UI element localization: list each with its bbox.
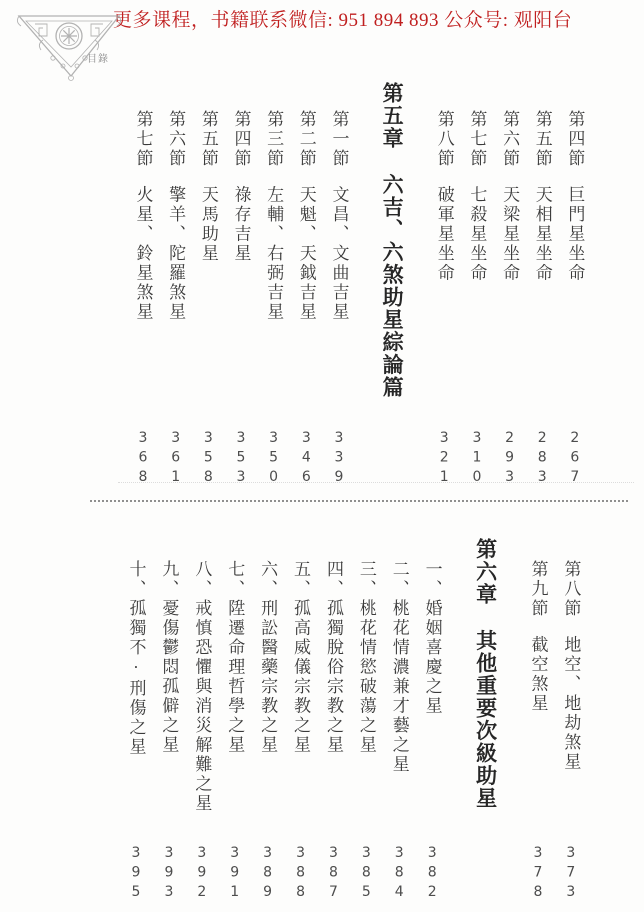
entry-title: 天馬助星 xyxy=(199,186,218,264)
entry-label: 第四節 xyxy=(565,110,584,169)
toc-entry: 第七節七殺星坐命310 xyxy=(461,110,493,488)
page-number: 339 xyxy=(332,430,346,489)
page-number: 350 xyxy=(267,430,281,489)
entry-text: 第五章六吉、六煞助星綜論篇 xyxy=(381,82,402,460)
scan-artifact-line xyxy=(118,482,634,483)
page-number: 382 xyxy=(425,845,439,904)
chapter-heading: 第六章其他重要次級助星 xyxy=(462,538,508,881)
toc-item: 八、戒慎恐懼與消災解難之星392 xyxy=(186,560,218,903)
page-number: 267 xyxy=(568,430,582,489)
corner-label: 目錄 xyxy=(87,50,109,65)
page-number: 384 xyxy=(392,845,406,904)
entry-label: 第六章 xyxy=(474,538,498,606)
page-number: 283 xyxy=(535,430,549,489)
toc-entry: 第六節擎羊、陀羅煞星361 xyxy=(160,110,192,488)
page-number: 395 xyxy=(129,845,143,904)
toc-item: 一、婚姻喜慶之星382 xyxy=(416,560,448,903)
entry-label: 第一節 xyxy=(329,110,348,169)
toc-entry: 第七節火星、鈴星煞星368 xyxy=(127,110,159,488)
page-number: 391 xyxy=(228,845,242,904)
entry-title: 六、刑訟醫藥宗教之星 xyxy=(258,560,277,755)
page-number: 358 xyxy=(201,430,215,489)
page-number: 389 xyxy=(261,845,275,904)
toc-entry: 第一節文昌、文曲吉星339 xyxy=(323,110,355,488)
entry-label: 第七節 xyxy=(467,110,486,169)
toc-item: 十、孤獨不·刑傷之星395 xyxy=(120,560,152,903)
toc-item: 六、刑訟醫藥宗教之星389 xyxy=(252,560,284,903)
page-number: 346 xyxy=(299,430,313,489)
page-number: 293 xyxy=(503,430,517,489)
entry-title: 三、桃花情慾破蕩之星 xyxy=(357,560,376,755)
entry-label: 第九節 xyxy=(528,560,547,619)
entry-title: 二、桃花情濃兼才藝之星 xyxy=(390,560,409,775)
toc-section-chapter-5: 第四節巨門星坐命267第五節天相星坐命283第六節天梁星坐命293第七節七殺星坐… xyxy=(127,110,591,488)
entry-title: 天魁、天鉞吉星 xyxy=(297,186,316,323)
page-separator-dotted-line xyxy=(90,500,628,502)
entry-label: 第八節 xyxy=(561,560,580,619)
entry-label: 第五節 xyxy=(199,110,218,169)
toc-section-chapter-6: 第八節地空、地劫煞星373第九節截空煞星378第六章其他重要次級助星一、婚姻喜慶… xyxy=(120,560,587,903)
page-number: 373 xyxy=(564,845,578,904)
page-number: 385 xyxy=(359,845,373,904)
publisher-seal-icon xyxy=(13,4,125,84)
entry-title: 八、戒慎恐懼與消災解難之星 xyxy=(192,560,211,814)
entry-title: 六吉、六煞助星綜論篇 xyxy=(380,174,404,399)
page-number: 353 xyxy=(234,430,248,489)
entry-title: 十、孤獨不·刑傷之星 xyxy=(127,560,146,757)
entry-title: 巨門星坐命 xyxy=(565,186,584,284)
entry-title: 天梁星坐命 xyxy=(500,186,519,284)
entry-title: 文昌、文曲吉星 xyxy=(329,186,348,323)
toc-entry: 第五節天馬助星358 xyxy=(192,110,224,488)
toc-entry: 第四節祿存吉星353 xyxy=(225,110,257,488)
entry-label: 第七節 xyxy=(134,110,153,169)
page-number: 388 xyxy=(294,845,308,904)
entry-title: 祿存吉星 xyxy=(231,186,250,264)
entry-label: 第五節 xyxy=(533,110,552,169)
entry-title: 破軍星坐命 xyxy=(435,186,454,284)
entry-label: 第六節 xyxy=(166,110,185,169)
entry-label: 第六節 xyxy=(500,110,519,169)
chapter-heading: 第五章六吉、六煞助星綜論篇 xyxy=(369,82,415,460)
entry-label: 第三節 xyxy=(264,110,283,169)
entry-title: 擎羊、陀羅煞星 xyxy=(166,186,185,323)
toc-item: 四、孤獨脫俗宗教之星387 xyxy=(317,560,349,903)
entry-label: 第五章 xyxy=(380,82,404,150)
entry-title: 四、孤獨脫俗宗教之星 xyxy=(324,560,343,755)
page-number: 392 xyxy=(195,845,209,904)
entry-label: 第八節 xyxy=(435,110,454,169)
toc-entry: 第六節天梁星坐命293 xyxy=(494,110,526,488)
page-number: 393 xyxy=(162,845,176,904)
entry-title: 一、婚姻喜慶之星 xyxy=(423,560,442,716)
entry-title: 九、憂傷鬱悶孤僻之星 xyxy=(159,560,178,755)
toc-entry: 第四節巨門星坐命267 xyxy=(559,110,591,488)
toc-entry: 第九節截空煞星378 xyxy=(522,560,554,903)
toc-entry: 第三節左輔、右弼吉星350 xyxy=(258,110,290,488)
entry-title: 其他重要次級助星 xyxy=(474,630,498,810)
toc-item: 二、桃花情濃兼才藝之星384 xyxy=(383,560,415,903)
page-number: 361 xyxy=(169,430,183,489)
toc-entry: 第五節天相星坐命283 xyxy=(526,110,558,488)
entry-title: 天相星坐命 xyxy=(533,186,552,284)
entry-title: 地空、地劫煞星 xyxy=(561,636,580,773)
toc-entry: 第八節地空、地劫煞星373 xyxy=(555,560,587,903)
scanned-page: 更多课程，书籍联系微信: 951 894 893 公众号: 观阳台 目錄 第四節… xyxy=(0,0,644,912)
toc-entry: 第八節破軍星坐命321 xyxy=(428,110,460,488)
entry-label: 第二節 xyxy=(297,110,316,169)
toc-item: 七、陞遷命理哲學之星391 xyxy=(219,560,251,903)
entry-title: 火星、鈴星煞星 xyxy=(134,186,153,323)
entry-title: 七、陞遷命理哲學之星 xyxy=(225,560,244,755)
toc-item: 九、憂傷鬱悶孤僻之星393 xyxy=(153,560,185,903)
page-number: 378 xyxy=(531,845,545,904)
toc-item: 五、孤高威儀宗教之星388 xyxy=(285,560,317,903)
page-number: 387 xyxy=(326,845,340,904)
entry-title: 五、孤高威儀宗教之星 xyxy=(291,560,310,755)
watermark-text: 更多课程，书籍联系微信: 951 894 893 公众号: 观阳台 xyxy=(113,5,572,32)
entry-title: 左輔、右弼吉星 xyxy=(264,186,283,323)
page-number: 310 xyxy=(470,430,484,489)
entry-text: 第六章其他重要次級助星 xyxy=(475,538,496,881)
entry-title: 截空煞星 xyxy=(528,636,547,714)
toc-item: 三、桃花情慾破蕩之星385 xyxy=(350,560,382,903)
toc-entry: 第二節天魁、天鉞吉星346 xyxy=(290,110,322,488)
page-number: 368 xyxy=(136,430,150,489)
page-number: 321 xyxy=(437,430,451,489)
entry-label: 第四節 xyxy=(231,110,250,169)
entry-title: 七殺星坐命 xyxy=(467,186,486,284)
